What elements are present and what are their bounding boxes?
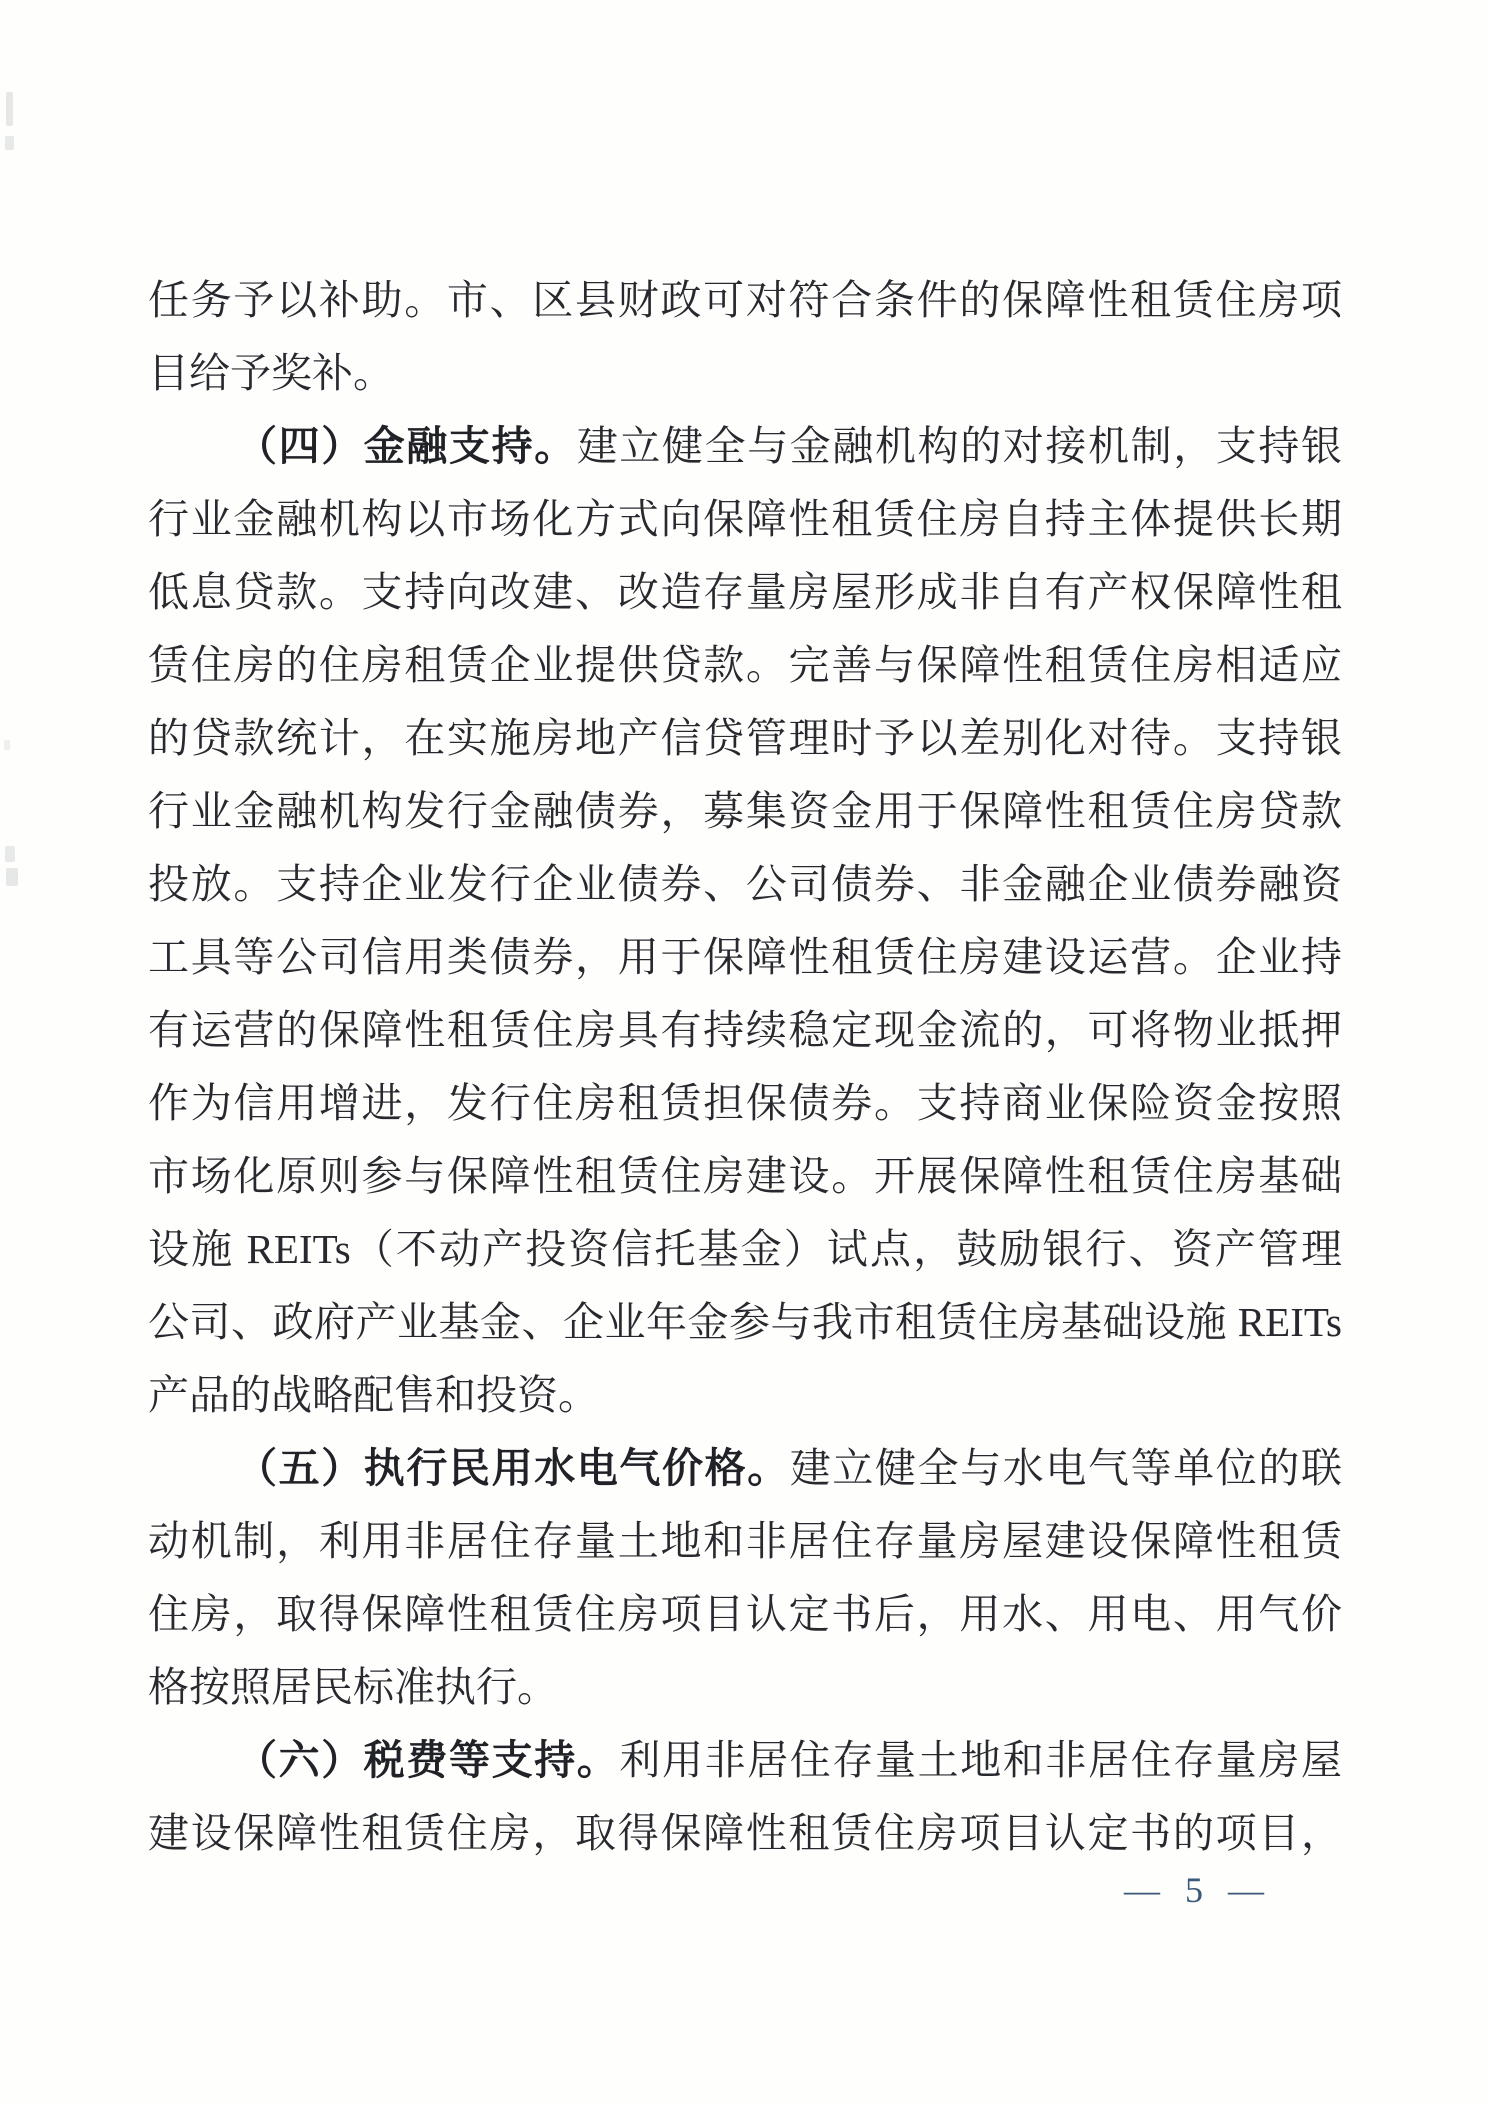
line-text: 工具等公司信用类债券，用于保障性租赁住房建设运营。企业持 xyxy=(148,934,1342,980)
paragraph-heading: （六）税费等支持。 xyxy=(236,1737,619,1783)
text-line: 投放。支持企业发行企业债券、公司债券、非金融企业债券融资 xyxy=(148,848,1342,921)
line-text: 设施 REITs（不动产投资信托基金）试点，鼓励银行、资产管理 xyxy=(148,1226,1342,1272)
line-text: 行业金融机构以市场化方式向保障性租赁住房自持主体提供长期 xyxy=(148,496,1342,542)
line-text: 有运营的保障性租赁住房具有持续稳定现金流的，可将物业抵押 xyxy=(148,1007,1342,1053)
page-number: — 5 — xyxy=(1124,1868,1272,1912)
text-line: 产品的战略配售和投资。 xyxy=(148,1359,1342,1432)
line-text: 行业金融机构发行金融债券，募集资金用于保障性租赁住房贷款 xyxy=(148,788,1342,834)
paragraph-heading: （四）金融支持。 xyxy=(236,423,577,469)
text-line: 行业金融机构发行金融债券，募集资金用于保障性租赁住房贷款 xyxy=(148,775,1342,848)
text-line: 格按照居民标准执行。 xyxy=(148,1651,1342,1724)
line-text: 产品的战略配售和投资。 xyxy=(148,1372,599,1418)
line-text: 动机制，利用非居住存量土地和非居住存量房屋建设保障性租赁 xyxy=(148,1518,1342,1564)
document-page: 任务予以补助。市、区县财政可对符合条件的保障性租赁住房项 目给予奖补。 （四）金… xyxy=(0,0,1487,2105)
line-text: 作为信用增进，发行住房租赁担保债券。支持商业保险资金按照 xyxy=(148,1080,1342,1126)
text-line: （四）金融支持。建立健全与金融机构的对接机制，支持银 xyxy=(148,410,1342,483)
line-text: 格按照居民标准执行。 xyxy=(148,1664,558,1710)
text-line: 作为信用增进，发行住房租赁担保债券。支持商业保险资金按照 xyxy=(148,1067,1342,1140)
text-line: 任务予以补助。市、区县财政可对符合条件的保障性租赁住房项 xyxy=(148,264,1342,337)
line-text: 住房，取得保障性租赁住房项目认定书后，用水、用电、用气价 xyxy=(148,1591,1342,1637)
line-text: 赁住房的住房租赁企业提供贷款。完善与保障性租赁住房相适应 xyxy=(148,642,1342,688)
line-text: 低息贷款。支持向改建、改造存量房屋形成非自有产权保障性租 xyxy=(148,569,1342,615)
line-text: 市场化原则参与保障性租赁住房建设。开展保障性租赁住房基础 xyxy=(148,1153,1342,1199)
line-text: 的贷款统计，在实施房地产信贷管理时予以差别化对待。支持银 xyxy=(148,715,1342,761)
scan-artifact xyxy=(5,846,15,862)
text-line: 公司、政府产业基金、企业年金参与我市租赁住房基础设施 REITs xyxy=(148,1286,1342,1359)
text-line: 赁住房的住房租赁企业提供贷款。完善与保障性租赁住房相适应 xyxy=(148,629,1342,702)
line-text: 投放。支持企业发行企业债券、公司债券、非金融企业债券融资 xyxy=(148,861,1342,907)
line-text: 公司、政府产业基金、企业年金参与我市租赁住房基础设施 REITs xyxy=(148,1299,1342,1345)
line-text: 建立健全与水电气等单位的联 xyxy=(790,1445,1342,1491)
line-text: 建立健全与金融机构的对接机制，支持银 xyxy=(577,423,1342,469)
text-line: 目给予奖补。 xyxy=(148,337,1342,410)
text-line: 行业金融机构以市场化方式向保障性租赁住房自持主体提供长期 xyxy=(148,483,1342,556)
text-line: 设施 REITs（不动产投资信托基金）试点，鼓励银行、资产管理 xyxy=(148,1213,1342,1286)
text-line: 建设保障性租赁住房，取得保障性租赁住房项目认定书的项目， xyxy=(148,1797,1342,1870)
text-line: 低息贷款。支持向改建、改造存量房屋形成非自有产权保障性租 xyxy=(148,556,1342,629)
text-line: 工具等公司信用类债券，用于保障性租赁住房建设运营。企业持 xyxy=(148,921,1342,994)
paragraph-heading: （五）执行民用水电气价格。 xyxy=(236,1445,790,1491)
text-line: 动机制，利用非居住存量土地和非居住存量房屋建设保障性租赁 xyxy=(148,1505,1342,1578)
scan-artifact xyxy=(6,92,13,126)
document-body: 任务予以补助。市、区县财政可对符合条件的保障性租赁住房项 目给予奖补。 （四）金… xyxy=(148,264,1342,1870)
text-line: （五）执行民用水电气价格。建立健全与水电气等单位的联 xyxy=(148,1432,1342,1505)
text-line: 住房，取得保障性租赁住房项目认定书后，用水、用电、用气价 xyxy=(148,1578,1342,1651)
line-text: 任务予以补助。市、区县财政可对符合条件的保障性租赁住房项 xyxy=(148,277,1342,323)
text-line: （六）税费等支持。利用非居住存量土地和非居住存量房屋 xyxy=(148,1724,1342,1797)
scan-artifact xyxy=(5,136,14,150)
scan-artifact xyxy=(4,740,10,750)
line-text: 利用非居住存量土地和非居住存量房屋 xyxy=(619,1737,1342,1783)
text-line: 的贷款统计，在实施房地产信贷管理时予以差别化对待。支持银 xyxy=(148,702,1342,775)
line-text: 建设保障性租赁住房，取得保障性租赁住房项目认定书的项目， xyxy=(148,1810,1342,1856)
line-text: 目给予奖补。 xyxy=(148,350,394,396)
scan-artifact xyxy=(6,868,18,886)
text-line: 市场化原则参与保障性租赁住房建设。开展保障性租赁住房基础 xyxy=(148,1140,1342,1213)
text-line: 有运营的保障性租赁住房具有持续稳定现金流的，可将物业抵押 xyxy=(148,994,1342,1067)
